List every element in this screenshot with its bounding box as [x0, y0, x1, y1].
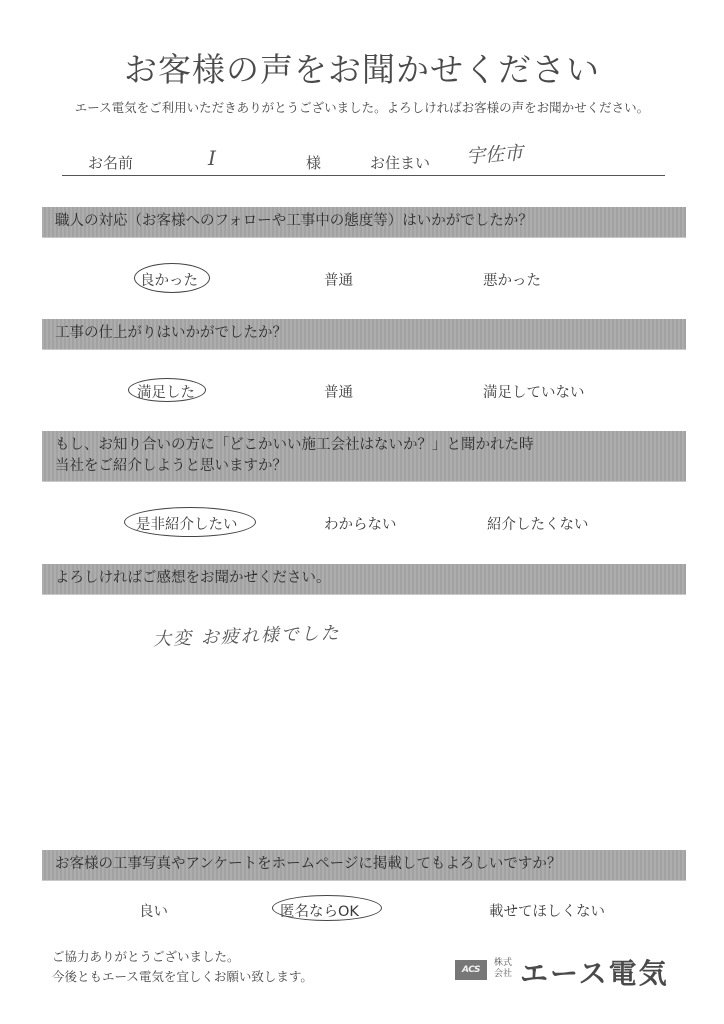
question-3-bar: もし、お知り合いの方に「どこかいい施工会社はないか？」と聞かれた時 当社をご紹介… [42, 431, 686, 481]
comment-answer[interactable]: 大変 お疲れ様でした [153, 619, 342, 652]
name-row-underline [62, 175, 665, 176]
question-3-text-line-1: もし、お知り合いの方に「どこかいい施工会社はないか？」と聞かれた時 [55, 435, 686, 456]
company-type-line-1: 株式 [494, 958, 514, 969]
question-3-text-line-2: 当社をご紹介しようと思いますか？ [55, 456, 686, 477]
honorific-label: 様 [306, 152, 321, 173]
question-1-text: 職人の対応（お客様へのフォローや工事中の態度等）はいかがでしたか？ [55, 213, 533, 229]
footer-thanks-line-2: 今後ともエース電気を宜しくお願い致します。 [52, 967, 313, 987]
question-4-bar: よろしければご感想をお聞かせください。 [42, 564, 686, 594]
q2-option-not-satisfied[interactable]: 満足していない [483, 381, 585, 402]
q1-option-average[interactable]: 普通 [324, 269, 353, 290]
page-title: お客様の声をお聞かせください [0, 44, 724, 91]
q3-option-not-sure[interactable]: わからない [324, 513, 397, 534]
page-subtitle: エース電気をご利用いただきありがとうございました。よろしければお客様の声をお聞か… [0, 98, 724, 116]
q5-option-anonymous-ok[interactable]: 匿名ならOK [280, 900, 359, 921]
company-logo-icon: ACS [455, 960, 487, 980]
name-field[interactable]: I [208, 146, 216, 170]
name-label: お名前 [88, 152, 133, 173]
question-4-text: よろしければご感想をお聞かせください。 [55, 570, 331, 586]
q2-option-satisfied[interactable]: 満足した [137, 381, 195, 402]
q3-option-definitely-recommend[interactable]: 是非紹介したい [136, 513, 238, 534]
q2-option-average[interactable]: 普通 [324, 381, 353, 402]
q1-option-good[interactable]: 良かった [140, 269, 198, 290]
company-type-line-2: 会社 [494, 969, 514, 980]
company-name: エース電気 [520, 952, 669, 992]
question-2-text: 工事の仕上がりはいかがでしたか？ [55, 325, 287, 341]
address-field[interactable]: 宇佐市 [465, 138, 524, 169]
question-1-bar: 職人の対応（お客様へのフォローや工事中の態度等）はいかがでしたか？ [42, 207, 686, 237]
q3-option-not-recommend[interactable]: 紹介したくない [487, 513, 589, 534]
question-2-bar: 工事の仕上がりはいかがでしたか？ [42, 319, 686, 349]
q1-option-bad[interactable]: 悪かった [483, 269, 541, 290]
address-label: お住まい [370, 152, 430, 173]
footer-thanks: ご協力ありがとうございました。 今後ともエース電気を宜しくお願い致します。 [52, 947, 313, 987]
question-5-text: お客様の工事写真やアンケートをホームページに掲載してもよろしいですか？ [55, 856, 561, 872]
q5-option-ok[interactable]: 良い [139, 900, 168, 921]
footer-thanks-line-1: ご協力ありがとうございました。 [52, 947, 313, 967]
question-5-bar: お客様の工事写真やアンケートをホームページに掲載してもよろしいですか？ [42, 850, 686, 880]
q5-option-do-not-publish[interactable]: 載せてほしくない [489, 900, 605, 921]
company-type-label: 株式 会社 [494, 958, 514, 980]
